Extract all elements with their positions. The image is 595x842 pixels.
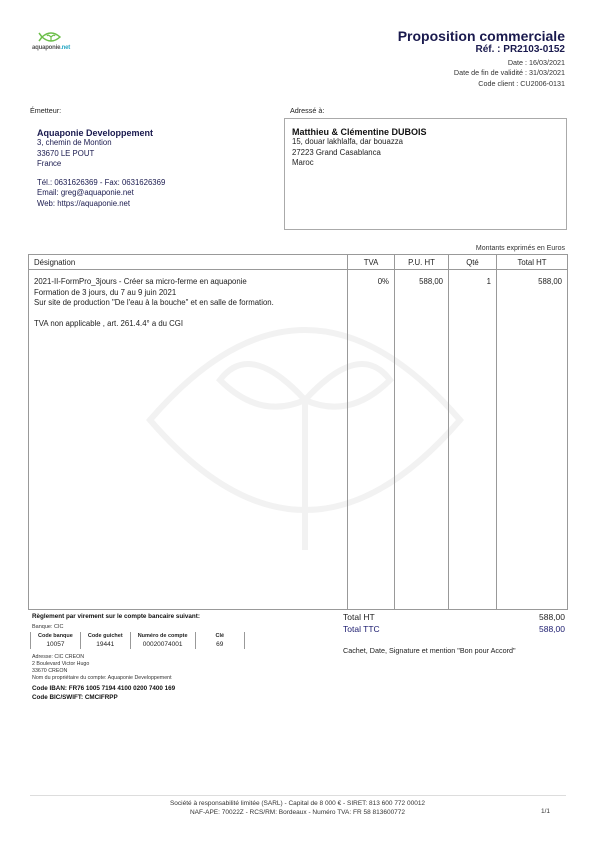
recipient-address-3: Maroc bbox=[292, 158, 559, 169]
col-qty: Qté bbox=[449, 255, 497, 270]
fish-sprout-logo-icon bbox=[38, 30, 64, 44]
recipient-address-1: 15, douar lakhlalfa, dar bouazza bbox=[292, 137, 559, 148]
item-desc-2: Sur site de production "De l'eau à la bo… bbox=[34, 298, 342, 309]
branch-code-value: 19441 bbox=[80, 640, 130, 649]
page-number: 1/1 bbox=[541, 808, 550, 815]
footer-divider bbox=[30, 795, 566, 796]
account-owner: Nom du propriétaire du compte: Aquaponie… bbox=[32, 675, 172, 682]
footer-line-1: Société à responsabilité limitée (SARL) … bbox=[100, 799, 495, 808]
footer-line-2: NAF-APE: 70022Z - RCS/RM: Bordeaux - Num… bbox=[100, 808, 495, 817]
company-logo: aquaponie.net bbox=[22, 28, 92, 58]
bank-code-label: Code banque bbox=[31, 632, 81, 640]
emitter-address-3: France bbox=[37, 159, 273, 170]
total-ttc-label: Total TTC bbox=[343, 624, 380, 636]
emitter-web[interactable]: Web: https://aquaponie.net bbox=[37, 199, 273, 210]
item-tva: 0% bbox=[348, 270, 395, 610]
key-label: Clé bbox=[195, 632, 245, 640]
bic-code: Code BIC/SWIFT: CMCIFRPP bbox=[32, 693, 175, 702]
emitter-label: Émetteur: bbox=[30, 106, 61, 115]
key-value: 69 bbox=[195, 640, 245, 649]
emitter-phone: Tél.: 0631626369 - Fax: 0631626369 bbox=[37, 178, 273, 189]
item-qty: 1 bbox=[449, 270, 497, 610]
account-number-label: Numéro de compte bbox=[130, 632, 195, 640]
bank-details-table: Code banque Code guichet Numéro de compt… bbox=[30, 632, 245, 649]
totals-block: Total HT 588,00 Total TTC 588,00 bbox=[343, 612, 565, 635]
items-table: Désignation TVA P.U. HT Qté Total HT 202… bbox=[28, 254, 568, 610]
total-ttc-row: Total TTC 588,00 bbox=[343, 624, 565, 636]
bank-address-2: 2 Boulevard Victor Hugo bbox=[32, 661, 172, 668]
item-desc-1: Formation de 3 jours, du 7 au 9 juin 202… bbox=[34, 288, 342, 299]
recipient-block: Matthieu & Clémentine DUBOIS 15, douar l… bbox=[284, 118, 567, 230]
col-tva: TVA bbox=[348, 255, 395, 270]
total-ht-row: Total HT 588,00 bbox=[343, 612, 565, 624]
total-ht-value: 588,00 bbox=[539, 612, 565, 624]
emitter-name: Aquaponie Developpement bbox=[37, 128, 273, 138]
payment-title: Règlement par virement sur le compte ban… bbox=[32, 613, 200, 620]
bank-name: Banque: CIC bbox=[32, 624, 64, 630]
bank-address: Adresse: CIC CREON 2 Boulevard Victor Hu… bbox=[32, 654, 172, 682]
col-total-ht: Total HT bbox=[497, 255, 568, 270]
emitter-address-1: 3, chemin de Montion bbox=[37, 138, 273, 149]
document-ref: Réf. : PR2103-0152 bbox=[476, 44, 566, 55]
bank-code-value: 10057 bbox=[31, 640, 81, 649]
recipient-name: Matthieu & Clémentine DUBOIS bbox=[292, 127, 559, 137]
signature-note: Cachet, Date, Signature et mention "Bon … bbox=[343, 646, 516, 655]
iban-block: Code IBAN: FR76 1005 7194 4100 0200 7400… bbox=[32, 684, 175, 702]
item-pu-ht: 588,00 bbox=[395, 270, 449, 610]
col-designation: Désignation bbox=[29, 255, 348, 270]
item-total-ht: 588,00 bbox=[497, 270, 568, 610]
account-number-value: 00020074001 bbox=[130, 640, 195, 649]
branch-code-label: Code guichet bbox=[80, 632, 130, 640]
col-pu-ht: P.U. HT bbox=[395, 255, 449, 270]
validity-date: Date de fin de validité : 31/03/2021 bbox=[454, 68, 565, 77]
logo-name: aquaponie bbox=[32, 45, 60, 51]
document-date: Date : 16/03/2021 bbox=[508, 58, 565, 67]
item-title: 2021-II-FormPro_3jours - Créer sa micro-… bbox=[34, 277, 342, 288]
logo-tld: .net bbox=[60, 45, 70, 51]
table-row: 2021-II-FormPro_3jours - Créer sa micro-… bbox=[29, 270, 568, 610]
document-title: Proposition commerciale bbox=[398, 28, 565, 44]
total-ttc-value: 588,00 bbox=[539, 624, 565, 636]
emitter-address-2: 33670 LE POUT bbox=[37, 149, 273, 160]
recipient-address-2: 27223 Grand Casablanca bbox=[292, 148, 559, 159]
recipient-label: Adressé à: bbox=[290, 106, 324, 115]
emitter-block: Aquaponie Developpement 3, chemin de Mon… bbox=[30, 118, 280, 228]
total-ht-label: Total HT bbox=[343, 612, 375, 624]
bank-address-1: Adresse: CIC CREON bbox=[32, 654, 172, 661]
client-code: Code client : CU2006-0131 bbox=[478, 79, 565, 88]
bank-address-3: 33670 CREON bbox=[32, 668, 172, 675]
iban-code: Code IBAN: FR76 1005 7194 4100 0200 7400… bbox=[32, 684, 175, 693]
footer-legal: Société à responsabilité limitée (SARL) … bbox=[100, 799, 495, 817]
item-tva-note: TVA non applicable , art. 261.4.4° a du … bbox=[34, 319, 342, 330]
currency-note: Montants exprimés en Euros bbox=[476, 245, 565, 252]
emitter-email[interactable]: Email: greg@aquaponie.net bbox=[37, 188, 273, 199]
